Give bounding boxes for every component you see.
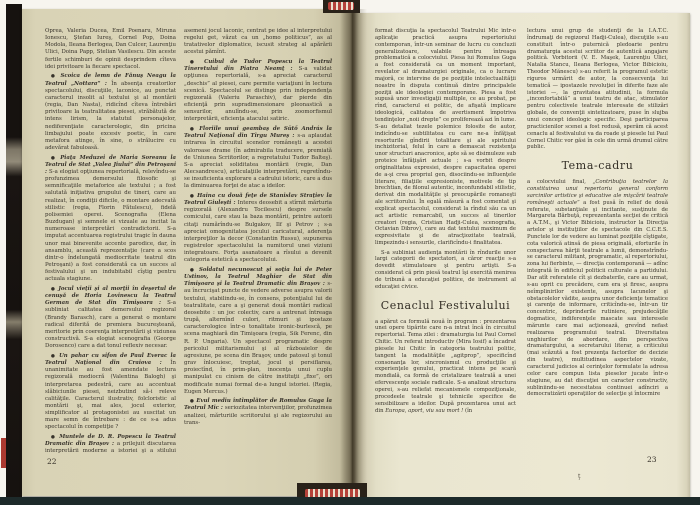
left-page-column-2: asemeni jocul laconic, centrat pe idee a… bbox=[184, 28, 332, 455]
text-segment: Oprea, Valeria Ducea, Emil Poenaru, Miru… bbox=[45, 28, 176, 70]
text-segment: a fost pusă în relief de două referate, … bbox=[527, 200, 668, 398]
book-page-edges bbox=[6, 4, 22, 497]
text-segment: S-a validat opţiunea repertorială, s-a a… bbox=[184, 66, 332, 122]
paragraph: ● Scoica de lemn de Fănuş Neagu la Teatr… bbox=[45, 73, 176, 152]
paragraph: ● Piaţa Meduzei de Maria Soreanu la Teat… bbox=[45, 155, 176, 284]
paragraph: a colocviului final, „Contribuţia teatre… bbox=[527, 179, 668, 398]
section-heading: Tema-cadru bbox=[527, 159, 668, 172]
text-segment: Jocul vieţii şi al morţii în deşertul de… bbox=[45, 286, 176, 306]
text-segment: s-a aplaudat intrarea în circuitul scene… bbox=[184, 133, 332, 189]
text-segment: a colocviului final, bbox=[527, 179, 593, 185]
text-segment: Interes deosebit a stîrnit mărturia regi… bbox=[184, 200, 332, 263]
text-segment: Europa, aport, viu sau mort ! bbox=[385, 408, 463, 414]
text-segment: asemeni jocul laconic, centrat pe idee a… bbox=[184, 28, 332, 55]
print-artifact: ţ bbox=[578, 473, 580, 480]
paragraph: ● Jocul vieţii şi al morţii în deşertul … bbox=[45, 286, 176, 350]
section-heading: Cenaclul Festivalului bbox=[375, 299, 516, 312]
paragraph: ● Haina cu două feţe de Stanislav Straţi… bbox=[184, 193, 332, 265]
right-page: format discuţia la spectacolul Teatrului… bbox=[353, 13, 690, 497]
text-segment: Soldatul necunoscut şi soţia lui de Pete… bbox=[184, 267, 332, 287]
paragraph: ● Un pahar cu sifon de Paul Everac la Te… bbox=[45, 353, 176, 432]
right-page-column-1: format discuţia la spectacolul Teatrului… bbox=[375, 28, 516, 457]
right-page-column-2: lectura unui grup de studenţi de la I.A.… bbox=[527, 28, 668, 457]
text-segment: lectura unui grup de studenţi de la I.A.… bbox=[527, 28, 668, 150]
text-segment: S-a subliniat audienţa montării în rîndu… bbox=[375, 250, 516, 290]
paragraph: S-a subliniat audienţa montării în rîndu… bbox=[375, 250, 516, 291]
paragraph: ● Muntele de D. R. Popescu la Teatrul Dr… bbox=[45, 434, 176, 455]
text-segment: format discuţia la spectacolul Teatrului… bbox=[375, 28, 516, 246]
paragraph: Oprea, Valeria Ducea, Emil Poenaru, Miru… bbox=[45, 28, 176, 71]
scan-background-strip bbox=[0, 497, 700, 505]
bullet-icon: ● bbox=[190, 127, 199, 132]
page-number-left: 22 bbox=[47, 457, 57, 466]
paragraph: asemeni jocul laconic, centrat pe idee a… bbox=[184, 28, 332, 57]
text-segment: S-a subliniat calitatea demersului regiz… bbox=[45, 300, 176, 349]
text-segment: În unanimitate au fost amendate lectura … bbox=[45, 360, 176, 430]
text-segment: Un pahar cu sifon de Paul Everac la Teat… bbox=[45, 353, 176, 366]
text-segment: s-au încrucişat puncte de vedere adverse… bbox=[184, 281, 332, 394]
bullet-icon: ● bbox=[190, 60, 204, 65]
text-segment: (în bbox=[463, 408, 472, 414]
headband-stripes-icon bbox=[328, 2, 354, 10]
paragraph: a apărut ca formulă nouă în program : pr… bbox=[375, 319, 516, 415]
bullet-icon: ● bbox=[51, 435, 59, 440]
page-number-right: 23 bbox=[647, 455, 657, 464]
text-segment: a apărut ca formulă nouă în program : pr… bbox=[375, 319, 516, 414]
paragraph: ● Evul mediu întîmplător de Romulus Guga… bbox=[184, 398, 332, 427]
paragraph: format discuţia la spectacolul Teatrului… bbox=[375, 28, 516, 247]
paragraph: lectura unui grup de studenţi de la I.A.… bbox=[527, 28, 668, 151]
bullet-icon: ● bbox=[51, 156, 60, 161]
paragraph: ● Floriile unui geambaş de Sütő András l… bbox=[184, 126, 332, 190]
bullet-icon: ● bbox=[190, 268, 199, 273]
paragraph: ● Cuibul de Tudor Popescu la Teatrul Tin… bbox=[184, 59, 332, 123]
cover-edge-mark bbox=[1, 438, 6, 468]
text-segment: În absenţa creatorilor spectacolului, di… bbox=[45, 81, 176, 151]
headband-top bbox=[323, 0, 360, 13]
left-page-column-1: Oprea, Valeria Ducea, Emil Poenaru, Miru… bbox=[45, 28, 176, 455]
text-segment: S-a elogiat opţiunea repertorială, relev… bbox=[45, 169, 176, 282]
left-page: Oprea, Valeria Ducea, Emil Poenaru, Miru… bbox=[22, 9, 353, 496]
bullet-icon: ● bbox=[51, 354, 59, 359]
paragraph: ● Soldatul necunoscut şi soţia lui de Pe… bbox=[184, 267, 332, 396]
